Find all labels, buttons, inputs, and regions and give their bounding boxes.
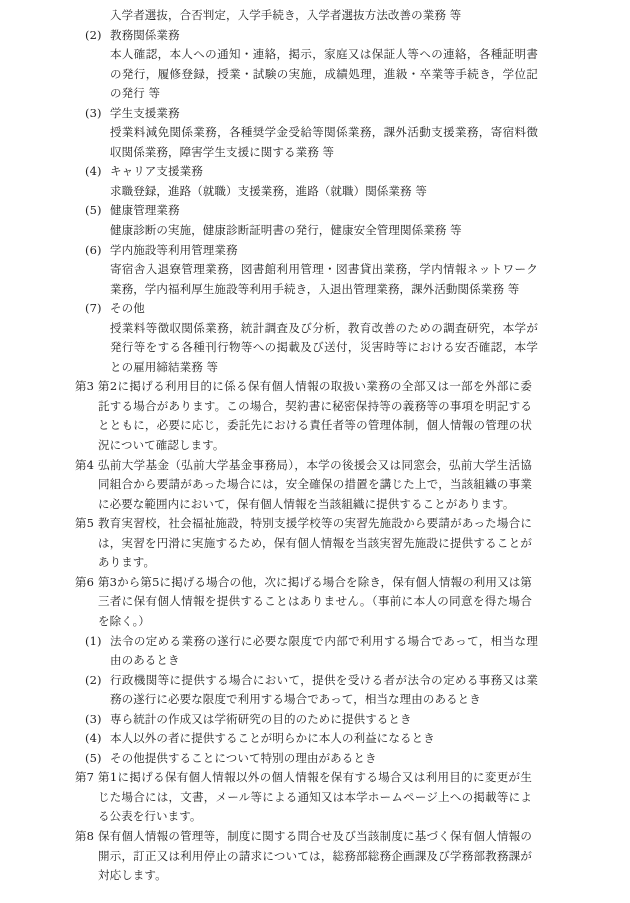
section-6-item-2-text: 行政機関等に提供する場合において，提供を受ける者が法令の定める事務又は業務の遂行…: [110, 671, 538, 710]
duty-5-heading-text: 健康管理業務: [110, 201, 538, 221]
duty-4-heading: (4)キャリア支援業務: [85, 162, 630, 182]
section-4: 第4弘前大学基金（弘前大学基金事務局），本学の後援会又は同窓会，弘前大学生活協同…: [75, 456, 630, 515]
duty-3-body: 授業料減免関係業務，各種奨学金受給等関係業務，課外活動支援業務，寄宿料徴収関係業…: [110, 123, 630, 162]
section-6-item-2: (2)行政機関等に提供する場合において，提供を受ける者が法令の定める事務又は業務…: [85, 671, 630, 710]
section-5-number: 第5: [75, 514, 98, 534]
section-6-item-3-number: (3): [85, 710, 110, 730]
duty-3-heading: (3)学生支援業務: [85, 104, 630, 124]
duty-4-body: 求職登録，進路（就職）支援業務，進路（就職）関係業務 等: [110, 182, 630, 202]
duty-5-heading-number: (5): [85, 201, 110, 221]
duty-6-heading-text: 学内施設等利用管理業務: [110, 241, 538, 261]
duty-4-body-text: 求職登録，進路（就職）支援業務，進路（就職）関係業務 等: [110, 182, 538, 202]
section-8-text: 保有個人情報の管理等，制度に関する問合せ及び当該制度に基づく保有個人情報の開示，…: [98, 827, 532, 886]
duty-3-body-text: 授業料減免関係業務，各種奨学金受給等関係業務，課外活動支援業務，寄宿料徴収関係業…: [110, 123, 538, 162]
section-6: 第6第3から第5に掲げる場合の他，次に掲げる場合を除き，保有個人情報の利用又は第…: [75, 573, 630, 632]
section-6-text: 第3から第5に掲げる場合の他，次に掲げる場合を除き，保有個人情報の利用又は第三者…: [98, 573, 532, 632]
section-8-number: 第8: [75, 827, 98, 847]
document-content: 入学者選抜，合否判定，入学手続き，入学者選抜方法改善の業務 等(2)教務関係業務…: [75, 6, 630, 886]
section-5: 第5教育実習校，社会福祉施設，特別支援学校等の実習先施設から要請があった場合には…: [75, 514, 630, 573]
section-6-item-4: (4)本人以外の者に提供することが明らかに本人の利益になるとき: [85, 729, 630, 749]
section-6-item-2-number: (2): [85, 671, 110, 691]
duty-6-heading: (6)学内施設等利用管理業務: [85, 241, 630, 261]
duty-2-heading-number: (2): [85, 26, 110, 46]
duty-6-heading-number: (6): [85, 241, 110, 261]
section-7: 第7第1に掲げる保有個人情報以外の個人情報を保有する場合又は利用目的に変更が生じ…: [75, 768, 630, 827]
duty-4-heading-text: キャリア支援業務: [110, 162, 538, 182]
duty-3-heading-number: (3): [85, 104, 110, 124]
section-4-text: 弘前大学基金（弘前大学基金事務局），本学の後援会又は同窓会，弘前大学生活協同組合…: [98, 456, 532, 515]
duty-7-body-text: 授業料等徴収関係業務，統計調査及び分析，教育改善のための調査研究，本学が発行等を…: [110, 319, 538, 378]
duty-7-heading-text: その他: [110, 299, 538, 319]
duty-2-heading-text: 教務関係業務: [110, 26, 538, 46]
section-7-number: 第7: [75, 768, 98, 788]
section-6-item-5-text: その他提供することについて特別の理由があるとき: [110, 749, 538, 769]
duty-5-body: 健康診断の実施，健康診断証明書の発行，健康安全管理関係業務 等: [110, 221, 630, 241]
section-6-item-3-text: 専ら統計の作成又は学術研究の目的のために提供するとき: [110, 710, 538, 730]
section-6-item-3: (3)専ら統計の作成又は学術研究の目的のために提供するとき: [85, 710, 630, 730]
document-page: 入学者選抜，合否判定，入学手続き，入学者選抜方法改善の業務 等(2)教務関係業務…: [0, 0, 630, 903]
section-6-item-1-text: 法令の定める業務の遂行に必要な限度で内部で利用する場合であって，相当な理由のある…: [110, 632, 538, 671]
duty-2-body-text: 本人確認，本人への通知・連絡，掲示，家庭又は保証人等への連絡，各種証明書の発行，…: [110, 45, 538, 104]
section-7-text: 第1に掲げる保有個人情報以外の個人情報を保有する場合又は利用目的に変更が生じた場…: [98, 768, 532, 827]
section-3-text: 第2に掲げる利用目的に係る保有個人情報の取扱い業務の全部又は一部を外部に委託する…: [98, 377, 532, 455]
duty-7-heading-number: (7): [85, 299, 110, 319]
section-6-item-4-text: 本人以外の者に提供することが明らかに本人の利益になるとき: [110, 729, 538, 749]
duty-7-heading: (7)その他: [85, 299, 630, 319]
duty-3-heading-text: 学生支援業務: [110, 104, 538, 124]
duty-4-heading-number: (4): [85, 162, 110, 182]
section-5-text: 教育実習校，社会福祉施設，特別支援学校等の実習先施設から要請があった場合には，実…: [98, 514, 532, 573]
section-6-item-1-number: (1): [85, 632, 110, 652]
duty-6-body: 寄宿舎入退寮管理業務，図書館利用管理・図書貸出業務，学内情報ネットワーク業務，学…: [110, 260, 630, 299]
duty-2-heading: (2)教務関係業務: [85, 26, 630, 46]
duty-5-heading: (5)健康管理業務: [85, 201, 630, 221]
section-4-number: 第4: [75, 456, 98, 476]
duty-7-body: 授業料等徴収関係業務，統計調査及び分析，教育改善のための調査研究，本学が発行等を…: [110, 319, 630, 378]
section-8: 第8保有個人情報の管理等，制度に関する問合せ及び当該制度に基づく保有個人情報の開…: [75, 827, 630, 886]
section-6-item-1: (1)法令の定める業務の遂行に必要な限度で内部で利用する場合であって，相当な理由…: [85, 632, 630, 671]
duty-6-body-text: 寄宿舎入退寮管理業務，図書館利用管理・図書貸出業務，学内情報ネットワーク業務，学…: [110, 260, 538, 299]
duty-1-body-continued-text: 入学者選抜，合否判定，入学手続き，入学者選抜方法改善の業務 等: [110, 6, 538, 26]
duty-2-body: 本人確認，本人への通知・連絡，掲示，家庭又は保証人等への連絡，各種証明書の発行，…: [110, 45, 630, 104]
duty-5-body-text: 健康診断の実施，健康診断証明書の発行，健康安全管理関係業務 等: [110, 221, 538, 241]
section-3-number: 第3: [75, 377, 98, 397]
section-6-item-4-number: (4): [85, 729, 110, 749]
section-6-number: 第6: [75, 573, 98, 593]
duty-1-body-continued: 入学者選抜，合否判定，入学手続き，入学者選抜方法改善の業務 等: [110, 6, 630, 26]
section-6-item-5-number: (5): [85, 749, 110, 769]
section-3: 第3第2に掲げる利用目的に係る保有個人情報の取扱い業務の全部又は一部を外部に委託…: [75, 377, 630, 455]
section-6-item-5: (5)その他提供することについて特別の理由があるとき: [85, 749, 630, 769]
